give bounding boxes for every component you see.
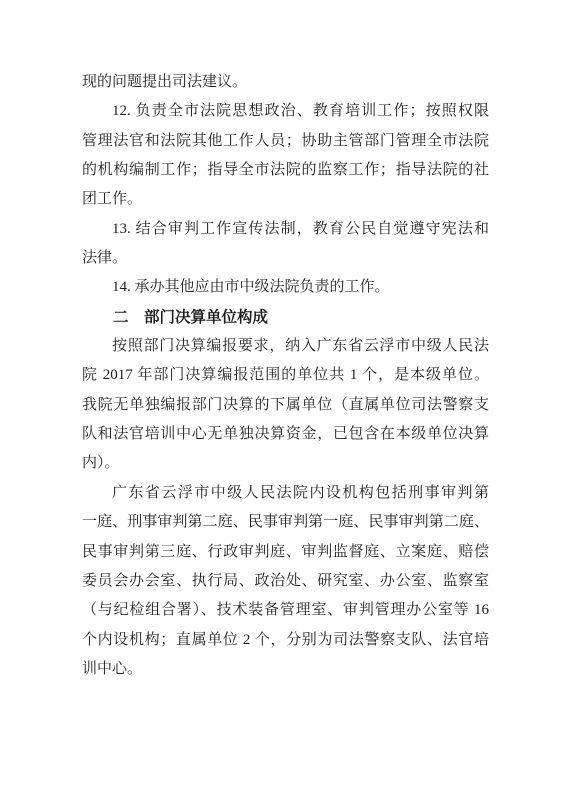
text-line: 委员会办会室、执行局、政治处、研究室、办公室、监察室 <box>82 567 489 596</box>
text-line: 院 2017 年部门决算编报范围的单位共 1 个，是本级单位。 <box>82 361 489 390</box>
document-page: 现的问题提出司法建议。12. 负责全市法院思想政治、教育培训工作；按照权限管理法… <box>0 0 566 800</box>
text-line: 训中心。 <box>82 655 489 684</box>
text-line: （与纪检组合署）、技术装备管理室、审判管理办公室等 16 <box>82 596 489 625</box>
text-line: 我院无单独编报部门决算的下属单位（直属单位司法警察支 <box>82 391 489 420</box>
document-body: 现的问题提出司法建议。12. 负责全市法院思想政治、教育培训工作；按照权限管理法… <box>82 68 489 684</box>
text-line: 团工作。 <box>82 185 489 214</box>
text-line: 法律。 <box>82 244 489 273</box>
text-line: 管理法官和法院其他工作人员；协助主管部门管理全市法院 <box>82 127 489 156</box>
text-line: 广东省云浮市中级人民法院内设机构包括刑事审判第 <box>82 479 489 508</box>
text-line: 个内设机构；直属单位 2 个，分别为司法警察支队、法官培 <box>82 626 489 655</box>
text-line: 一庭、刑事审判第二庭、民事审判第一庭、民事审判第二庭、 <box>82 508 489 537</box>
text-line: 14. 承办其他应由市中级法院负责的工作。 <box>82 273 489 302</box>
text-line: 民事审判第三庭、行政审判庭、审判监督庭、立案庭、赔偿 <box>82 538 489 567</box>
text-line: 内）。 <box>82 449 489 478</box>
text-line: 按照部门决算编报要求，纳入广东省云浮市中级人民法 <box>82 332 489 361</box>
section-heading: 二 部门决算单位构成 <box>82 303 489 332</box>
text-line: 队和法官培训中心无单独决算资金，已包含在本级单位决算 <box>82 420 489 449</box>
text-line: 现的问题提出司法建议。 <box>82 68 489 97</box>
text-line: 12. 负责全市法院思想政治、教育培训工作；按照权限 <box>82 97 489 126</box>
text-line: 的机构编制工作；指导全市法院的监察工作；指导法院的社 <box>82 156 489 185</box>
text-line: 13. 结合审判工作宣传法制，教育公民自觉遵守宪法和 <box>82 215 489 244</box>
